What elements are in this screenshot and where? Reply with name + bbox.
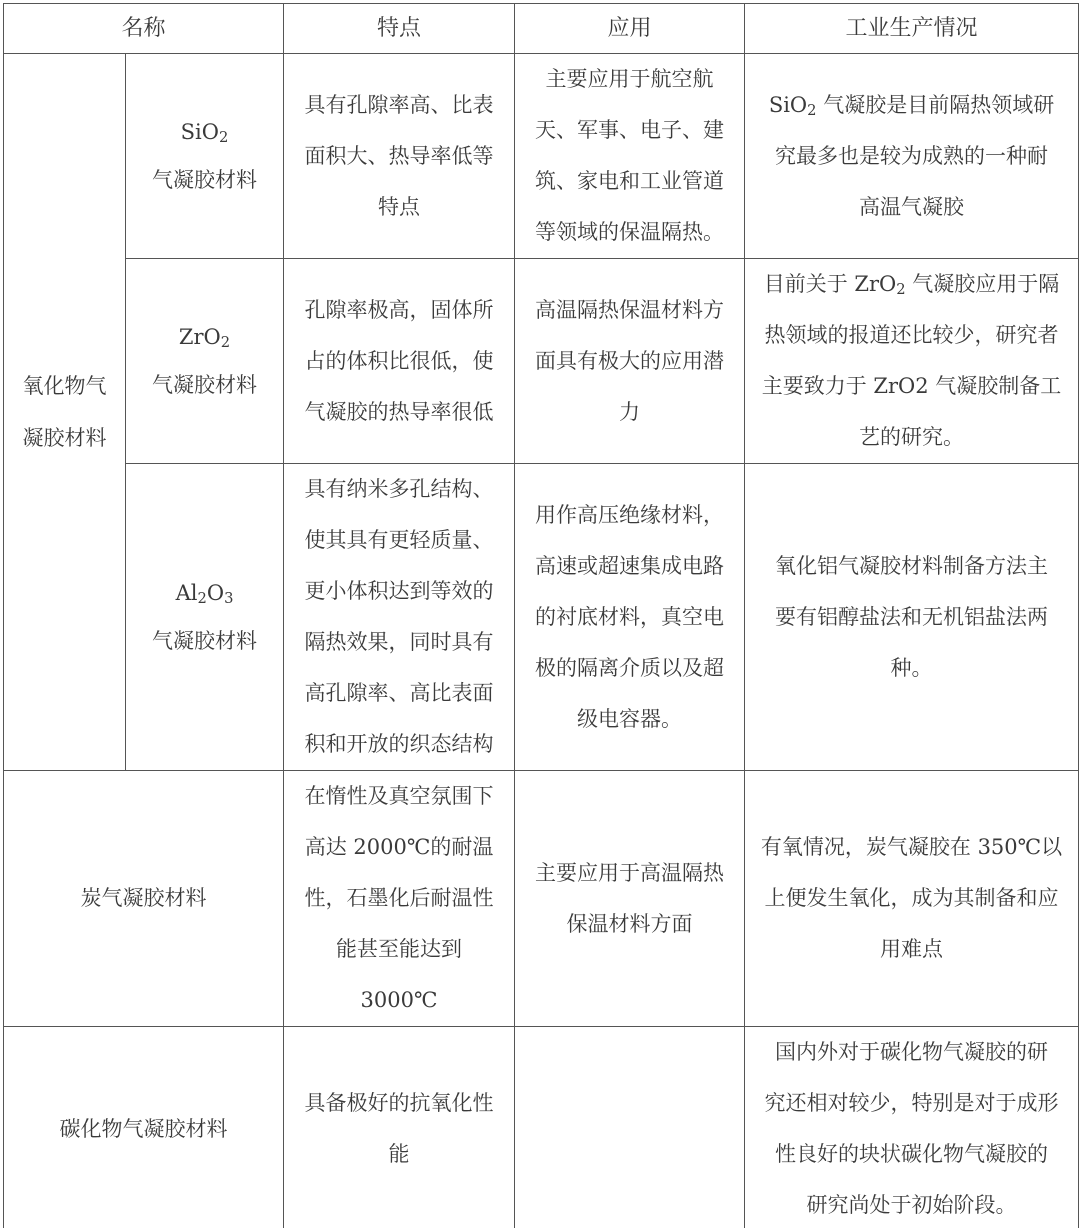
header-industry: 工业生产情况 — [745, 4, 1079, 54]
applications-carbide — [515, 1027, 745, 1228]
header-row: 名称 特点 应用 工业生产情况 — [4, 4, 1079, 54]
industry-sio2: SiO2 气凝胶是目前隔热领域研 究最多也是较为成熟的一种耐 高温气凝胶 — [745, 54, 1079, 259]
industry-carbide: 国内外对于碳化物气凝胶的研 究还相对较少，特别是对于成形 性良好的块状碳化物气凝… — [745, 1027, 1079, 1228]
applications-zro2: 高温隔热保温材料方 面具有极大的应用潜 力 — [515, 259, 745, 464]
table-row-carbide: 碳化物气凝胶材料 具备极好的抗氧化性 能 国内外对于碳化物气凝胶的研 究还相对较… — [4, 1027, 1079, 1228]
header-name: 名称 — [4, 4, 284, 54]
industry-zro2: 目前关于 ZrO2 气凝胶应用于隔 热领域的报道还比较少，研究者 主要致力于 Z… — [745, 259, 1079, 464]
material-name-al2o3: Al2O3 气凝胶材料 — [126, 464, 284, 771]
group-oxide-aerogel: 氧化物气 凝胶材料 — [4, 54, 126, 771]
table-row-carbon: 炭气凝胶材料 在惰性及真空氛围下 高达 2000℃的耐温 性，石墨化后耐温性 能… — [4, 771, 1079, 1027]
features-carbide: 具备极好的抗氧化性 能 — [284, 1027, 515, 1228]
material-name-sio2: SiO2 气凝胶材料 — [126, 54, 284, 259]
applications-al2o3: 用作高压绝缘材料， 高速或超速集成电路 的衬底材料，真空电 极的隔离介质以及超 … — [515, 464, 745, 771]
industry-carbon: 有氧情况，炭气凝胶在 350℃以 上便发生氧化，成为其制备和应 用难点 — [745, 771, 1079, 1027]
table-row-al2o3: Al2O3 气凝胶材料 具有纳米多孔结构、 使其具有更轻质量、 更小体积达到等效… — [4, 464, 1079, 771]
applications-carbon: 主要应用于高温隔热 保温材料方面 — [515, 771, 745, 1027]
features-zro2: 孔隙率极高，固体所 占的体积比很低，使 气凝胶的热导率很低 — [284, 259, 515, 464]
table-row-zro2: ZrO2 气凝胶材料 孔隙率极高，固体所 占的体积比很低，使 气凝胶的热导率很低… — [4, 259, 1079, 464]
industry-al2o3: 氧化铝气凝胶材料制备方法主 要有铝醇盐法和无机铝盐法两 种。 — [745, 464, 1079, 771]
table-row-sio2: 氧化物气 凝胶材料 SiO2 气凝胶材料 具有孔隙率高、比表 面积大、热导率低等… — [4, 54, 1079, 259]
features-al2o3: 具有纳米多孔结构、 使其具有更轻质量、 更小体积达到等效的 隔热效果，同时具有 … — [284, 464, 515, 771]
header-features: 特点 — [284, 4, 515, 54]
material-name-carbon: 炭气凝胶材料 — [4, 771, 284, 1027]
applications-sio2: 主要应用于航空航 天、军事、电子、建 筑、家电和工业管道 等领域的保温隔热。 — [515, 54, 745, 259]
features-carbon: 在惰性及真空氛围下 高达 2000℃的耐温 性，石墨化后耐温性 能甚至能达到 3… — [284, 771, 515, 1027]
header-applications: 应用 — [515, 4, 745, 54]
aerogel-comparison-table: 名称 特点 应用 工业生产情况 氧化物气 凝胶材料 SiO2 气凝胶材料 具有孔… — [3, 3, 1079, 1228]
material-name-zro2: ZrO2 气凝胶材料 — [126, 259, 284, 464]
features-sio2: 具有孔隙率高、比表 面积大、热导率低等 特点 — [284, 54, 515, 259]
material-name-carbide: 碳化物气凝胶材料 — [4, 1027, 284, 1228]
